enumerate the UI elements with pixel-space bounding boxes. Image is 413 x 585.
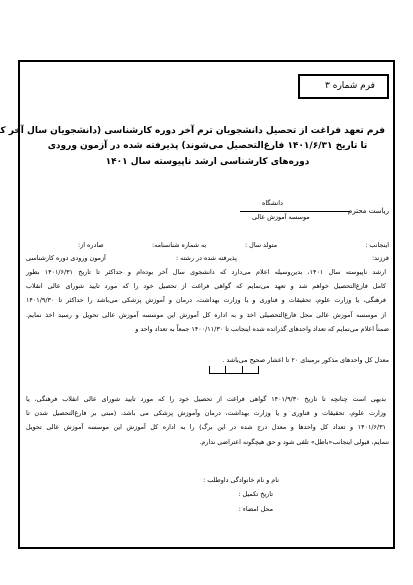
undersigned-label: اینجانب : — [365, 241, 389, 249]
form-number: فرم شماره ۳ — [325, 81, 387, 91]
issued-from-label: صادره از: — [78, 241, 104, 249]
paragraph2-line1: بدیهی است چنانچه تا تاریخ ۱۴۰۱/۹/۳۰ گواه… — [26, 395, 386, 403]
salutation: ریاست محترم — [348, 207, 389, 215]
form-number-box: فرم شماره ۳ — [298, 74, 389, 99]
institute-label: موسسه آموزش عالی — [252, 213, 310, 221]
gpa-box-divider — [258, 366, 259, 374]
paragraph1-line5: ضمناً اعلام می‌نمایم که تعداد واحدهای گذ… — [29, 325, 389, 333]
gpa-box-divider — [242, 366, 243, 374]
paragraph1-line4: از موسسه آموزش عالی محل فارغ‌التحصیلی اخ… — [26, 311, 386, 319]
gpa-box-baseline — [209, 373, 259, 374]
child-of-label: فرزند: — [372, 254, 389, 262]
paragraph2-line2: وزارت علوم، تحقیقات و فناوری و یا وزارت … — [26, 409, 386, 417]
gpa-box-divider — [225, 366, 226, 374]
exam-label: آزمون ورودی دوره کارشناسی — [26, 254, 106, 262]
born-year-label: متولد سال : — [245, 241, 277, 249]
id-number-label: به شماره شناسنامه: — [152, 241, 206, 249]
paragraph1-line2: کامل فارغ‌التحصیل خواهم شد و تعهد می‌نما… — [26, 282, 386, 290]
form-title-line1: فرم تعهد فراغت از تحصیل دانشجویان ترم آخ… — [30, 126, 385, 136]
completion-date-label: تاریخ تکمیل : — [238, 490, 273, 498]
addressee-line — [240, 211, 350, 212]
gpa-line: معدل کل واحدهای مذکور برمبنای ۲۰ تا اعشا… — [222, 356, 389, 364]
signature-place-label: محل امضاء : — [239, 505, 273, 513]
accepted-field-label: پذیرفته شده در رشته : — [176, 254, 237, 262]
paragraph2-line4: ننمایم، قبولی اینجانب«باطل» تلقی شود و ح… — [199, 438, 389, 446]
gpa-box-divider — [209, 366, 210, 374]
candidate-name-label: نام و نام خانوادگی داوطلب : — [203, 476, 279, 484]
paragraph1-line1: ارشد ناپیوسته سال ۱۴۰۱، بدین‌وسیله اعلام… — [26, 268, 386, 276]
paragraph1-line3: فرهنگی، یا وزارت علوم، تحقیقات و فناوری … — [26, 296, 386, 304]
paragraph2-line3: ۱۴۰۱/۶/۳۱ و تعداد کل واحدها و معدل درج ش… — [26, 423, 386, 431]
form-title-line2: تا تاریخ ۱۴۰۱/۶/۳۱ فارغ‌التحصیل می‌شوند)… — [30, 141, 385, 151]
university-label: دانشگاه — [262, 199, 283, 207]
form-title-line3: دوره‌های کارشناسی ارشد ناپیوسته سال ۱۴۰۱ — [30, 157, 385, 167]
